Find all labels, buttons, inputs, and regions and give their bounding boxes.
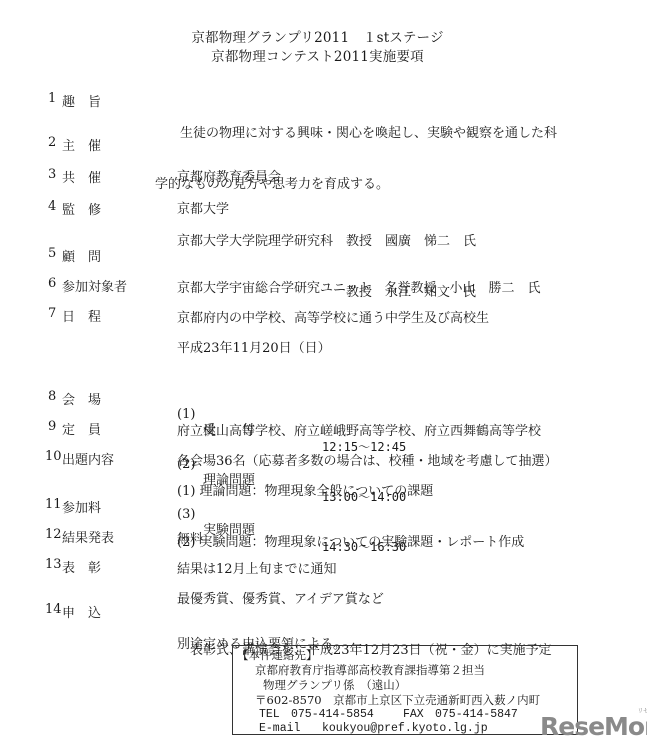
- document-subtitle: 京都物理コンテスト2011実施要項: [0, 45, 641, 65]
- resemom-watermark-logo: ReseMom リセマム: [540, 712, 647, 741]
- contact-fax-label: FAX: [403, 707, 424, 722]
- contact-department: 京都府教育庁指導部高校教育課指導第２担当: [255, 663, 485, 678]
- item-label: 参加対象者: [62, 276, 162, 295]
- item-label: 申 込: [62, 602, 162, 621]
- watermark-text: ReseMom: [540, 712, 647, 741]
- contact-email[interactable]: koukyou@pref.kyoto.lg.jp: [322, 721, 488, 736]
- item-label: 監 修: [62, 199, 162, 218]
- document-title: 京都物理グランプリ2011 １stステージ: [0, 26, 641, 46]
- item-label: 主 催: [62, 135, 162, 154]
- watermark-ruby: リセマム: [637, 706, 647, 715]
- item-label: 顧 問: [62, 246, 162, 265]
- item-label: 趣 旨: [62, 91, 162, 110]
- item-label: 表 彰: [62, 557, 162, 576]
- item-label: 日 程: [62, 306, 162, 325]
- item-label: 参加料: [62, 497, 162, 516]
- contact-heading: 【本件連絡先】: [237, 648, 318, 663]
- contact-address: 〒602-8570 京都市上京区下立売通新町西入薮ノ内町: [255, 693, 540, 708]
- item-label: 出題内容: [62, 449, 162, 468]
- contact-tel-label: TEL: [259, 707, 280, 722]
- contact-fax: 075-414-5847: [435, 707, 518, 722]
- item-label: 共 催: [62, 167, 162, 186]
- content-line: (1) 理論問題：物理現象全般についての課題: [177, 483, 524, 500]
- contact-section: 物理グランプリ係 （遠山）: [263, 678, 406, 693]
- item-label: 結果発表: [62, 527, 162, 546]
- schedule-date: 平成23年11月20日（日）: [177, 340, 437, 357]
- contact-tel: 075-414-5854: [291, 707, 374, 722]
- item-label: 会 場: [62, 389, 162, 408]
- contact-box: 【本件連絡先】 京都府教育庁指導部高校教育課指導第２担当 物理グランプリ係 （遠…: [232, 645, 578, 735]
- contact-email-label: E-mail: [259, 721, 300, 736]
- item-label: 定 員: [62, 419, 162, 438]
